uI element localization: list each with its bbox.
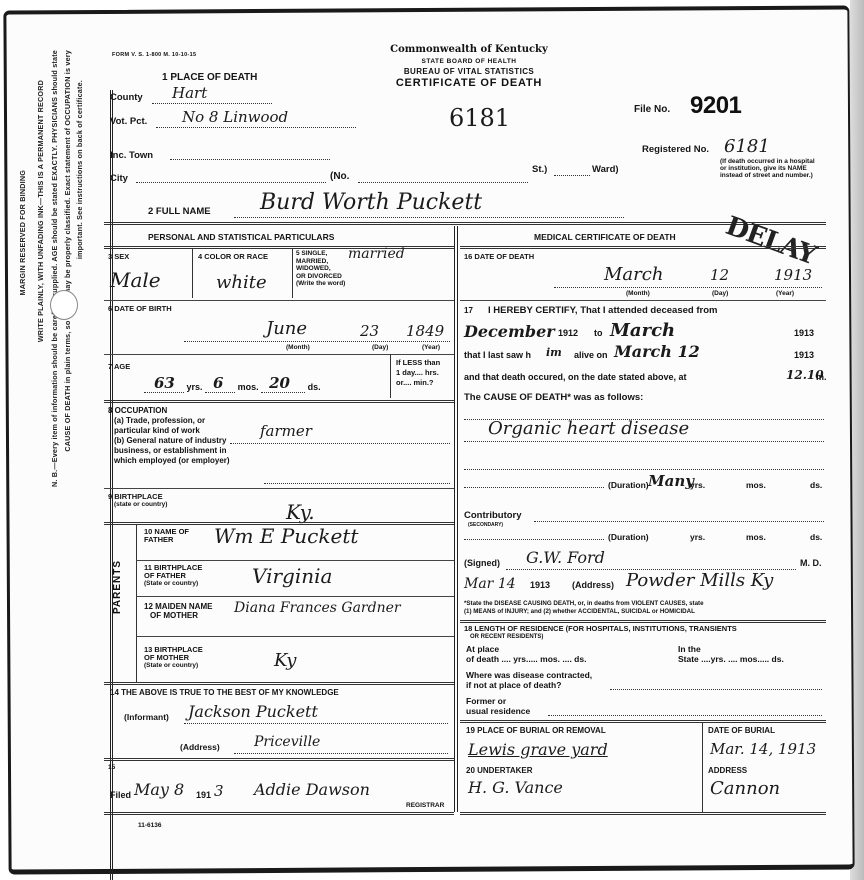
contributory-sublabel: (SECONDARY): [468, 522, 503, 528]
attended-to-year: 1913: [794, 328, 814, 338]
mother-birthplace-label: 13 BIRTHPLACE OF MOTHER (State or countr…: [144, 646, 203, 670]
death-certificate-form: FORM V. S. 1-800 M. 10-10-15 Commonwealt…: [104, 40, 826, 840]
column-divider: [454, 226, 458, 812]
binding-margin: MARGIN RESERVED FOR BINDING WRITE PLAINL…: [14, 40, 102, 830]
medical-title-rule: [460, 246, 826, 249]
margin-note-line-1: N. B.—Every item of information should b…: [50, 50, 59, 487]
contributory-duration-row[interactable]: (Duration) yrs. mos. ds.: [464, 530, 826, 546]
rule-birthplace: [104, 488, 454, 489]
vot-pct-field[interactable]: No 8 Linwood: [156, 114, 356, 128]
rule-father-birthplace: [136, 560, 454, 561]
rule-age: [104, 354, 454, 355]
dob-day-caption: (Day): [372, 344, 388, 351]
doctor-address-label: (Address): [572, 580, 614, 590]
residence-in-state[interactable]: In the State ....yrs. .... mos..... ds.: [678, 644, 784, 664]
less-than-day: If LESS than 1 day.... hrs. or.... min.?: [396, 358, 440, 388]
undertaker-value[interactable]: H. G. Vance: [468, 778, 563, 797]
margin-note-line-2: CAUSE OF DEATH in plain terms, so that i…: [63, 50, 72, 452]
duration-label: (Duration): [608, 480, 649, 490]
dob-year: 1849: [406, 322, 444, 340]
residence-label: 18 LENGTH OF RESIDENCE (FOR HOSPITALS, I…: [464, 624, 737, 642]
filed-label: Filed: [110, 790, 131, 800]
duration-yrs: yrs.: [690, 480, 705, 490]
sex-race-divider: [192, 248, 193, 298]
marital-value[interactable]: married: [348, 246, 405, 262]
vot-pct-number: 6181: [449, 104, 510, 132]
undertaker-address-label: ADDRESS: [708, 766, 747, 775]
age-label: 7 AGE: [108, 362, 130, 371]
filing-item-number: 15: [108, 764, 115, 771]
margin-permanent-record-text: WRITE PLAINLY, WITH UNFADING INK—THIS IS…: [36, 80, 45, 342]
filed-year-suffix[interactable]: 3: [214, 782, 224, 800]
undertaker-label: 20 UNDERTAKER: [466, 766, 533, 775]
full-name-field[interactable]: Burd Worth Puckett: [234, 202, 624, 218]
last-saw-year: 1913: [794, 350, 814, 360]
former-residence-field[interactable]: [548, 706, 822, 716]
birthplace-value[interactable]: Ky.: [286, 500, 315, 524]
parents-divider: [136, 524, 137, 682]
last-saw-pronoun: im: [546, 346, 562, 359]
age-years-value: 63: [154, 374, 175, 392]
last-saw-row[interactable]: that I last saw h im alive on March 12 1…: [464, 346, 826, 364]
cause-label: The CAUSE OF DEATH* was as follows:: [464, 392, 643, 403]
attended-row[interactable]: December 1912 to March 1913: [464, 324, 826, 342]
informant-address-label: (Address): [180, 742, 220, 752]
city-field[interactable]: [136, 171, 326, 183]
age-days-unit: ds.: [308, 382, 321, 392]
dob-month-caption: (Month): [286, 344, 310, 351]
sex-value[interactable]: Male: [110, 268, 161, 292]
father-birthplace-value[interactable]: Virginia: [252, 564, 332, 588]
last-saw-date: March 12: [614, 342, 700, 361]
attended-from-year: 1912: [558, 328, 578, 338]
age-less-divider: [390, 354, 391, 398]
birthplace-sublabel: (state or country): [114, 501, 167, 508]
place-of-death-label: 1 PLACE OF DEATH: [162, 72, 257, 83]
industry-field[interactable]: [264, 472, 450, 484]
duration-value: Many: [648, 472, 694, 490]
occupation-label: 8 OCCUPATION: [108, 406, 230, 416]
street-label: St.): [532, 164, 547, 175]
age-months-value: 6: [213, 374, 223, 392]
registered-no-label: Registered No.: [642, 144, 709, 155]
informant-label: (Informant): [124, 712, 169, 722]
attended-to: March: [610, 320, 675, 341]
cause-value: Organic heart disease: [488, 418, 689, 439]
rule-bottom-left: [104, 812, 454, 815]
margin-reserved-text: MARGIN RESERVED FOR BINDING: [18, 170, 27, 295]
contributory-label: Contributory: [464, 510, 522, 521]
certificate-title: CERTIFICATE OF DEATH: [344, 77, 594, 89]
former-residence-label: Former or usual residence: [466, 696, 530, 716]
header-divider: [104, 222, 826, 225]
certify-number: 17: [464, 306, 473, 315]
contributory-field[interactable]: [534, 510, 824, 522]
inc-town-field[interactable]: [170, 148, 330, 160]
medical-section-title: MEDICAL CERTIFICATE OF DEATH: [534, 232, 676, 242]
signed-value: G.W. Ford: [526, 548, 605, 567]
ward-label: Ward): [592, 164, 619, 175]
form-number: FORM V. S. 1-800 M. 10-10-15: [112, 52, 196, 58]
death-time-row[interactable]: and that death occured, on the date stat…: [464, 370, 826, 386]
age-field[interactable]: 63 yrs. 6 mos. 20 ds.: [144, 382, 321, 393]
form-code: 11-6136: [138, 822, 162, 829]
dob-year-caption: (Year): [422, 344, 440, 351]
county-label: County: [110, 92, 143, 103]
burial-date-label: DATE OF BURIAL: [708, 726, 775, 735]
race-label: 4 COLOR OR RACE: [198, 252, 268, 261]
full-name-value: Burd Worth Puckett: [260, 190, 482, 215]
rule-mother-birthplace: [136, 636, 454, 637]
informant-field[interactable]: Jackson Puckett: [184, 712, 448, 724]
age-years-unit: yrs.: [187, 382, 203, 392]
delay-stamp: DELAY: [722, 211, 820, 271]
mother-birthplace-value[interactable]: Ky: [274, 650, 296, 671]
dob-day: 23: [360, 322, 379, 340]
occupation-label-block: 8 OCCUPATION (a) Trade, profession, or p…: [108, 406, 230, 466]
county-value: Hart: [172, 84, 207, 102]
registrar-name[interactable]: Addie Dawson: [254, 780, 370, 799]
burial-date-value[interactable]: Mar. 14, 1913: [710, 740, 816, 758]
undertaker-address-value[interactable]: Cannon: [710, 778, 780, 799]
dob-field[interactable]: June 23 1849: [184, 330, 450, 342]
residence-at-place[interactable]: At place of death .... yrs..... mos. ...…: [466, 644, 586, 664]
duration-row[interactable]: (Duration) Many yrs. mos. ds.: [464, 478, 826, 494]
dob-month: June: [266, 318, 307, 339]
age-months-unit: mos.: [238, 382, 259, 392]
rule-residence: [460, 620, 826, 623]
file-no-value: 9201: [690, 92, 741, 120]
rule-informant: [104, 682, 454, 685]
occupation-field[interactable]: farmer: [230, 432, 450, 444]
rule-certify: [460, 300, 826, 301]
dod-label: 16 DATE OF DEATH: [464, 252, 534, 261]
inc-town-label: Inc. Town: [110, 150, 153, 161]
dod-year-caption: (Year): [776, 290, 794, 297]
registrar-label: REGISTRAR: [406, 802, 444, 809]
dod-month: March: [604, 264, 663, 285]
duration-ds: ds.: [810, 480, 822, 490]
md-label: M. D.: [800, 558, 822, 568]
filed-date[interactable]: May 8: [134, 780, 184, 799]
vot-pct-label: Vot. Pct.: [110, 116, 147, 127]
race-marital-divider: [292, 248, 293, 298]
contracted-label: Where was disease contracted, if not at …: [466, 670, 592, 690]
signed-label: (Signed): [464, 558, 500, 568]
dod-day: 12: [710, 266, 729, 284]
hospital-note: (If death occurred in a hospital or inst…: [720, 158, 822, 179]
bureau-title: BUREAU OF VITAL STATISTICS: [344, 67, 594, 76]
signed-date[interactable]: Mar 14: [464, 576, 516, 592]
signed-year: 1913: [530, 580, 550, 590]
burial-place-label: 19 PLACE OF BURIAL OR REMOVAL: [466, 726, 606, 735]
doctor-address-value[interactable]: Powder Mills Ky: [626, 570, 773, 591]
cause-line-2[interactable]: Organic heart disease: [464, 432, 824, 442]
registered-no-value: 6181: [724, 136, 770, 157]
duration-mos: mos.: [746, 480, 766, 490]
dod-year: 1913: [774, 266, 812, 284]
occupation-value: farmer: [260, 422, 312, 440]
street-no-field[interactable]: [358, 171, 528, 183]
race-value[interactable]: white: [216, 272, 267, 293]
marital-label: 5 SINGLE, MARRIED, WIDOWED, OR DIVORCED …: [296, 250, 345, 288]
contracted-field[interactable]: [610, 680, 822, 690]
city-label: City: [110, 173, 128, 184]
attended-from: December: [464, 322, 555, 341]
father-name-label: 10 NAME OF FATHER: [144, 528, 189, 544]
filed-year-prefix: 191: [196, 790, 211, 800]
death-time-suffix: m.: [816, 372, 827, 382]
death-time-text: and that death occured, on the date stat…: [464, 372, 687, 382]
father-name-value[interactable]: Wm E Puckett: [214, 524, 358, 548]
certificate-header: Commonwealth of Kentucky STATE BOARD OF …: [344, 44, 594, 89]
informant-value: Jackson Puckett: [188, 702, 318, 721]
county-field[interactable]: Hart: [152, 90, 272, 104]
informant-section-label: 14 THE ABOVE IS TRUE TO THE BEST OF MY K…: [110, 688, 339, 697]
rule-burial: [460, 720, 826, 723]
cause-line-3[interactable]: [464, 460, 824, 470]
signed-field[interactable]: G.W. Ford: [506, 558, 796, 570]
full-name-label: 2 FULL NAME: [148, 206, 211, 217]
rule-dob: [104, 300, 454, 301]
margin-note-line-3: important. See instructions on back of c…: [75, 80, 84, 259]
age-days-value: 20: [269, 374, 290, 392]
last-saw-prefix: that I last saw h: [464, 350, 531, 360]
birthplace-label: 9 BIRTHPLACE: [108, 492, 163, 501]
alive-on-label: alive on: [574, 350, 608, 360]
dod-month-caption: (Month): [626, 290, 650, 297]
certify-text: I HEREBY CERTIFY, That I attended deceas…: [488, 305, 717, 316]
punch-hole: [50, 290, 78, 320]
file-no-label: File No.: [634, 104, 670, 115]
personal-section-title: PERSONAL AND STATISTICAL PARTICULARS: [148, 232, 334, 242]
cause-footnote: *State the DISEASE CAUSING DEATH, or, in…: [464, 600, 704, 616]
informant-address-field[interactable]: Priceville: [234, 742, 448, 754]
attended-to-label: to: [594, 328, 603, 338]
rule-occupation: [104, 400, 454, 403]
dob-label: 6 DATE OF BIRTH: [108, 304, 172, 313]
commonwealth-title: Commonwealth of Kentucky: [344, 44, 594, 55]
rule-bottom-right: [460, 812, 826, 815]
dod-day-caption: (Day): [712, 290, 728, 297]
dod-field[interactable]: March 12 1913: [554, 276, 822, 288]
father-birthplace-label: 11 BIRTHPLACE OF FATHER (State or countr…: [144, 564, 202, 588]
mother-maiden-value[interactable]: Diana Frances Gardner: [234, 600, 401, 616]
rule-filing: [104, 758, 454, 761]
vot-pct-value: No 8 Linwood: [182, 108, 288, 126]
sex-label: 3 SEX: [108, 252, 129, 261]
burial-divider: [702, 722, 703, 812]
ward-field[interactable]: [554, 164, 590, 176]
street-no-label: (No.: [330, 171, 349, 182]
state-board-title: STATE BOARD OF HEALTH: [344, 58, 594, 65]
mother-maiden-label: 12 MAIDEN NAME OF MOTHER: [144, 602, 212, 620]
parents-vertical-label: PARENTS: [112, 560, 123, 614]
rule-mother-maiden: [136, 596, 454, 597]
burial-place-value[interactable]: Lewis grave yard: [468, 740, 608, 759]
informant-address-value: Priceville: [254, 734, 320, 750]
